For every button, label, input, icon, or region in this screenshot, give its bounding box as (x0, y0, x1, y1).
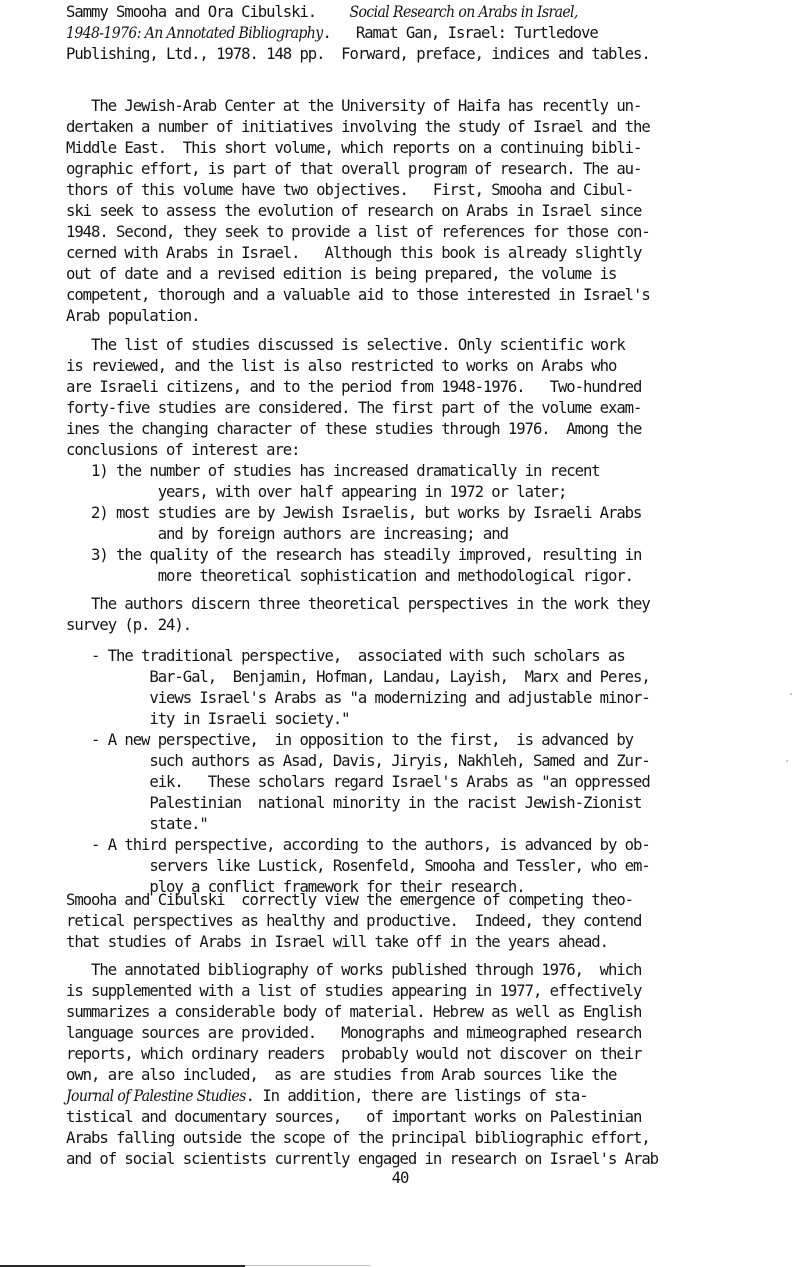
p5-line: reports, which ordinary readers probably… (66, 1044, 641, 1065)
conclusions-line: 1) the number of studies has increased d… (66, 461, 600, 482)
p5-tail-line: and of social scientists currently engag… (66, 1149, 658, 1170)
p4-line: retical perspectives as healthy and prod… (66, 911, 641, 932)
p1-line: dertaken a number of initiatives involvi… (66, 117, 650, 138)
perspectives-line: state." (66, 814, 208, 835)
p2-line: The list of studies discussed is selecti… (66, 335, 625, 356)
p1-line: ski seek to assess the evolution of rese… (66, 201, 641, 222)
p5-tail-line: tistical and documentary sources, of imp… (66, 1107, 641, 1128)
p1-line: competent, thorough and a valuable aid t… (66, 285, 650, 306)
conclusions-line: 3) the quality of the research has stead… (66, 545, 641, 566)
p5-journal-line: Journal of Palestine Studies. In additio… (66, 1086, 588, 1107)
p2-line: conclusions of interest are: (66, 440, 299, 461)
conclusions-line: 2) most studies are by Jewish Israelis, … (66, 503, 641, 524)
p1-line: Middle East. This short volume, which re… (66, 138, 641, 159)
p3-line: The authors discern three theoretical pe… (66, 594, 650, 615)
citation-line-1: Sammy Smooha and Ora Cibulski. Social Re… (66, 2, 578, 23)
p1-line: The Jewish-Arab Center at the University… (66, 96, 641, 117)
p5-line: language sources are provided. Monograph… (66, 1023, 641, 1044)
journal-title: Journal of Palestine Studies (66, 1087, 246, 1105)
perspectives-line: such authors as Asad, Davis, Jiryis, Nak… (66, 751, 650, 772)
p1-line: Arab population. (66, 306, 199, 327)
perspectives-line: - A new perspective, in opposition to th… (66, 730, 633, 751)
p2-line: forty-five studies are considered. The f… (66, 398, 641, 419)
perspectives-line: eik. These scholars regard Israel's Arab… (66, 772, 650, 793)
footer-rule (0, 1265, 245, 1267)
citation-title: Social Research on Arabs in Israel, (350, 3, 578, 21)
p1-line: cerned with Arabs in Israel. Although th… (66, 243, 641, 264)
page-number: 40 (0, 1168, 800, 1189)
p5-line: The annotated bibliography of works publ… (66, 960, 641, 981)
perspectives-line: views Israel's Arabs as "a modernizing a… (66, 688, 650, 709)
p5-line: is supplemented with a list of studies a… (66, 981, 641, 1002)
p1-line: out of date and a revised edition is bei… (66, 264, 616, 285)
citation-line-2: 1948-1976: An Annotated Bibliography. Ra… (66, 23, 598, 44)
p2-line: are Israeli citizens, and to the period … (66, 377, 641, 398)
scan-speck (786, 760, 788, 762)
perspectives-line: ity in Israeli society." (66, 709, 350, 730)
citation-line-3: Publishing, Ltd., 1978. 148 pp. Forward,… (66, 44, 650, 65)
p4-line: that studies of Arabs in Israel will tak… (66, 932, 608, 953)
perspectives-line: Bar-Gal, Benjamin, Hofman, Landau, Layis… (66, 667, 650, 688)
conclusions-line: more theoretical sophistication and meth… (66, 566, 633, 587)
p1-line: ographic effort, is part of that overall… (66, 159, 641, 180)
perspectives-line: - The traditional perspective, associate… (66, 646, 625, 667)
p5-line: summarizes a considerable body of materi… (66, 1002, 641, 1023)
citation-publisher: . Ramat Gan, Israel: Turtledove (323, 24, 598, 42)
p2-line: is reviewed, and the list is also restri… (66, 356, 616, 377)
p1-line: thors of this volume have two objectives… (66, 180, 633, 201)
perspectives-line: servers like Lustick, Rosenfeld, Smooha … (66, 856, 650, 877)
footer-rule-faded (245, 1265, 370, 1266)
citation-title-continued: 1948-1976: An Annotated Bibliography (66, 24, 323, 42)
journal-line-rest: . In addition, there are listings of sta… (246, 1087, 588, 1105)
p4-line: Smooha and Cibulski correctly view the e… (66, 890, 633, 911)
p3-line: survey (p. 24). (66, 615, 191, 636)
perspectives-line: Palestinian national minority in the rac… (66, 793, 641, 814)
p2-line: ines the changing character of these stu… (66, 419, 641, 440)
p5-tail-line: Arabs falling outside the scope of the p… (66, 1128, 650, 1149)
p5-line: own, are also included, as are studies f… (66, 1065, 616, 1086)
citation-authors: Sammy Smooha and Ora Cibulski. (66, 3, 316, 21)
p1-line: 1948. Second, they seek to provide a lis… (66, 222, 650, 243)
conclusions-line: and by foreign authors are increasing; a… (66, 524, 508, 545)
perspectives-line: - A third perspective, according to the … (66, 835, 650, 856)
conclusions-line: years, with over half appearing in 1972 … (66, 482, 566, 503)
scan-speck (790, 693, 792, 695)
